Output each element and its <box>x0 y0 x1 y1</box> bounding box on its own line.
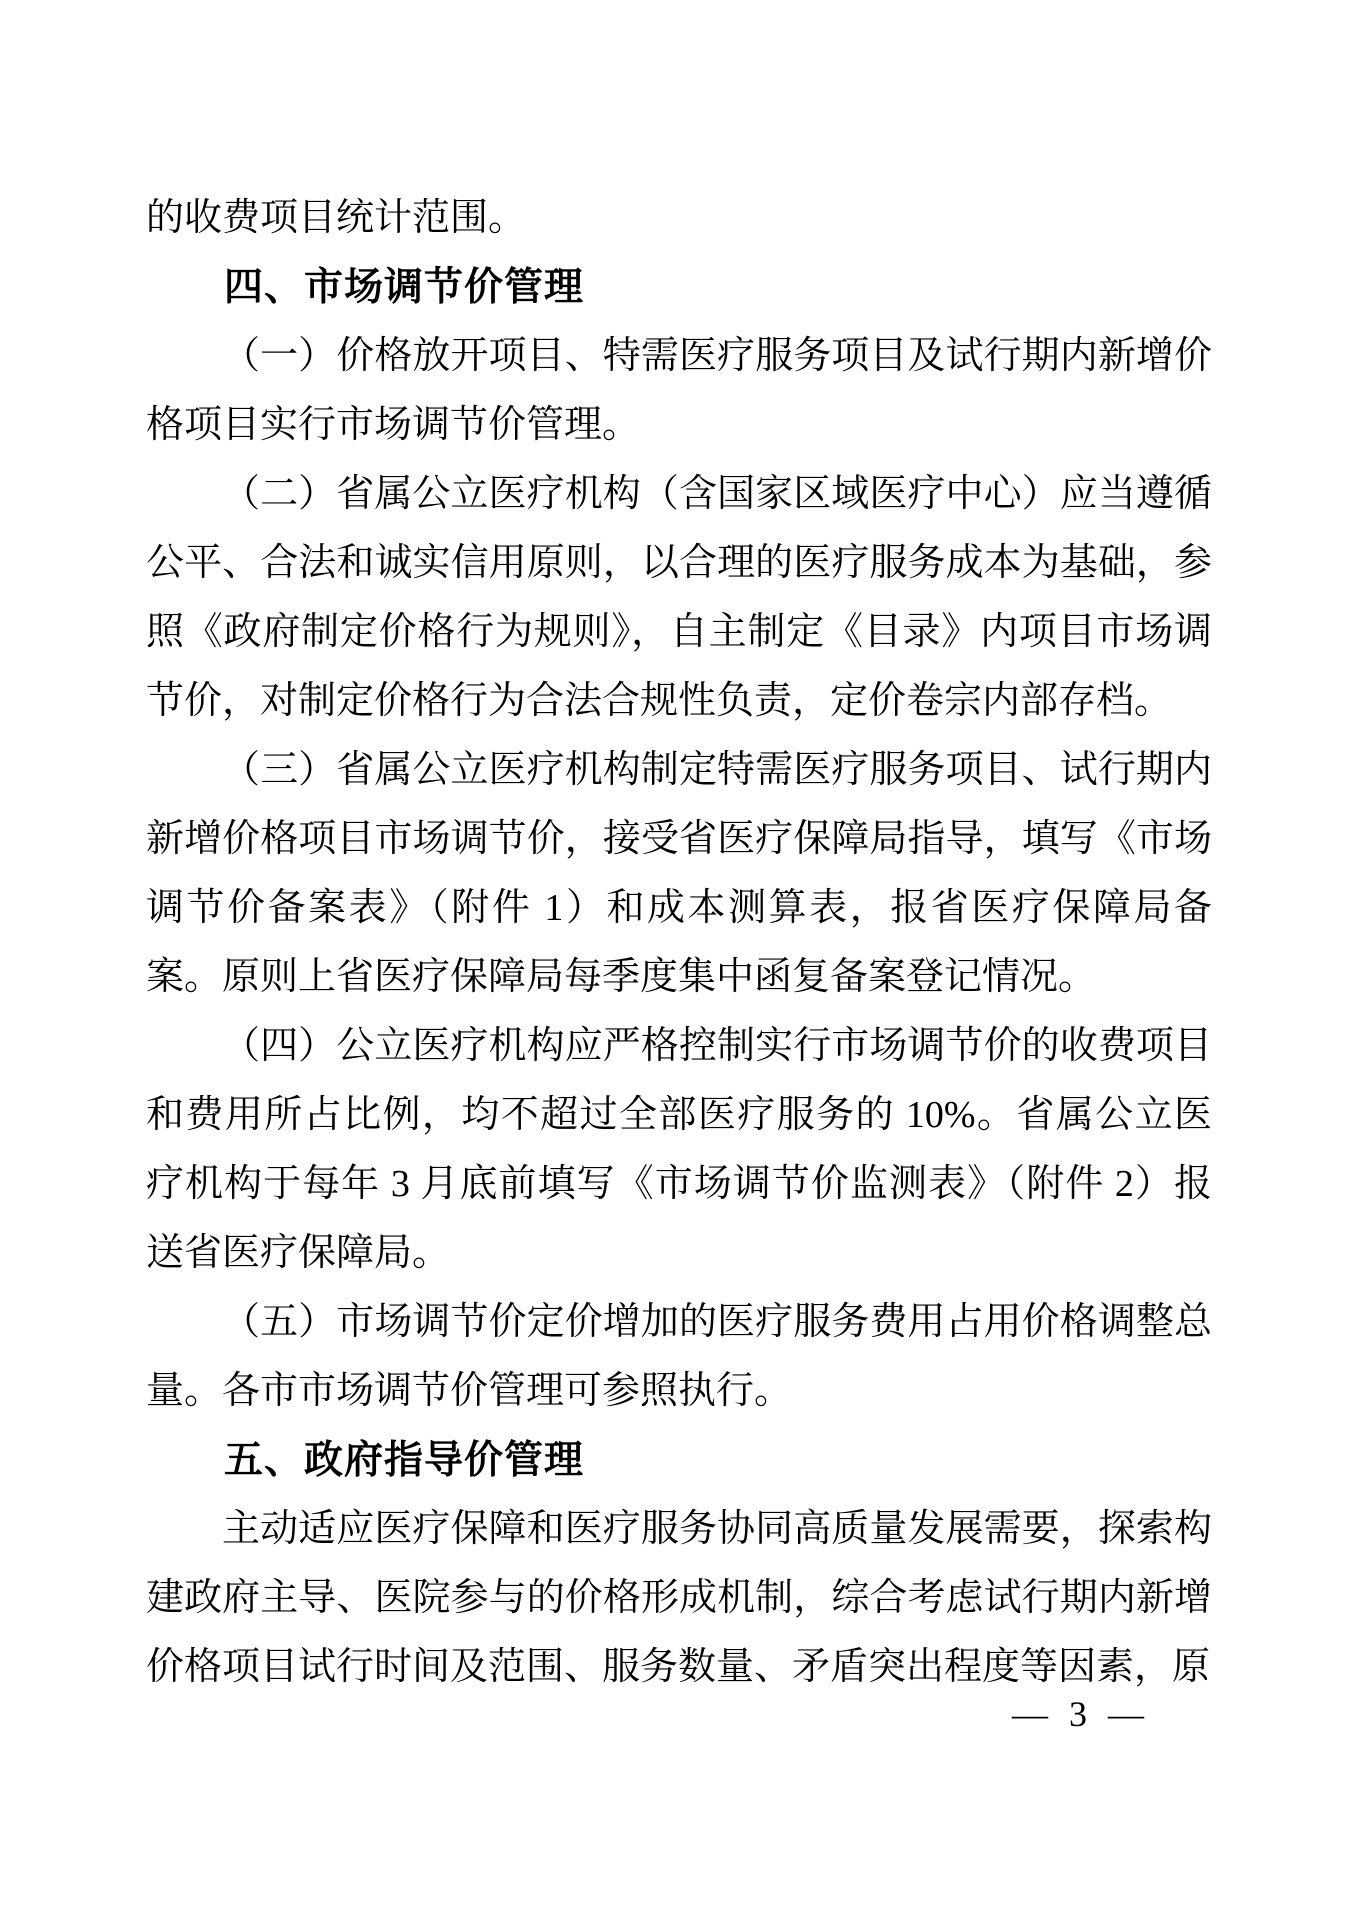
section-heading-market-adjusted-price: 四、市场调节价管理 <box>146 253 1212 322</box>
page-number: — 3 — <box>1012 1688 1150 1740</box>
paragraph-item-3: （三）省属公立医疗机构制定特需医疗服务项目、试行期内新增价格项目市场调节价，接受… <box>146 736 1212 1012</box>
paragraph-item-2: （二）省属公立医疗机构（含国家区域医疗中心）应当遵循公平、合法和诚实信用原则，以… <box>146 460 1212 736</box>
document-body: 的收费项目统计范围。 四、市场调节价管理 （一）价格放开项目、特需医疗服务项目及… <box>146 184 1212 1702</box>
paragraph-item-5: （五）市场调节价定价增加的医疗服务费用占用价格调整总量。各市市场调节价管理可参照… <box>146 1288 1212 1426</box>
section-heading-government-guided-price: 五、政府指导价管理 <box>146 1426 1212 1495</box>
paragraph-body: 主动适应医疗保障和医疗服务协同高质量发展需要，探索构建政府主导、医院参与的价格形… <box>146 1495 1212 1702</box>
paragraph-continuation: 的收费项目统计范围。 <box>146 184 1212 253</box>
paragraph-item-4: （四）公立医疗机构应严格控制实行市场调节价的收费项目和费用所占比例，均不超过全部… <box>146 1012 1212 1288</box>
paragraph-item-1: （一）价格放开项目、特需医疗服务项目及试行期内新增价格项目实行市场调节价管理。 <box>146 322 1212 460</box>
document-page: 的收费项目统计范围。 四、市场调节价管理 （一）价格放开项目、特需医疗服务项目及… <box>0 0 1355 1917</box>
